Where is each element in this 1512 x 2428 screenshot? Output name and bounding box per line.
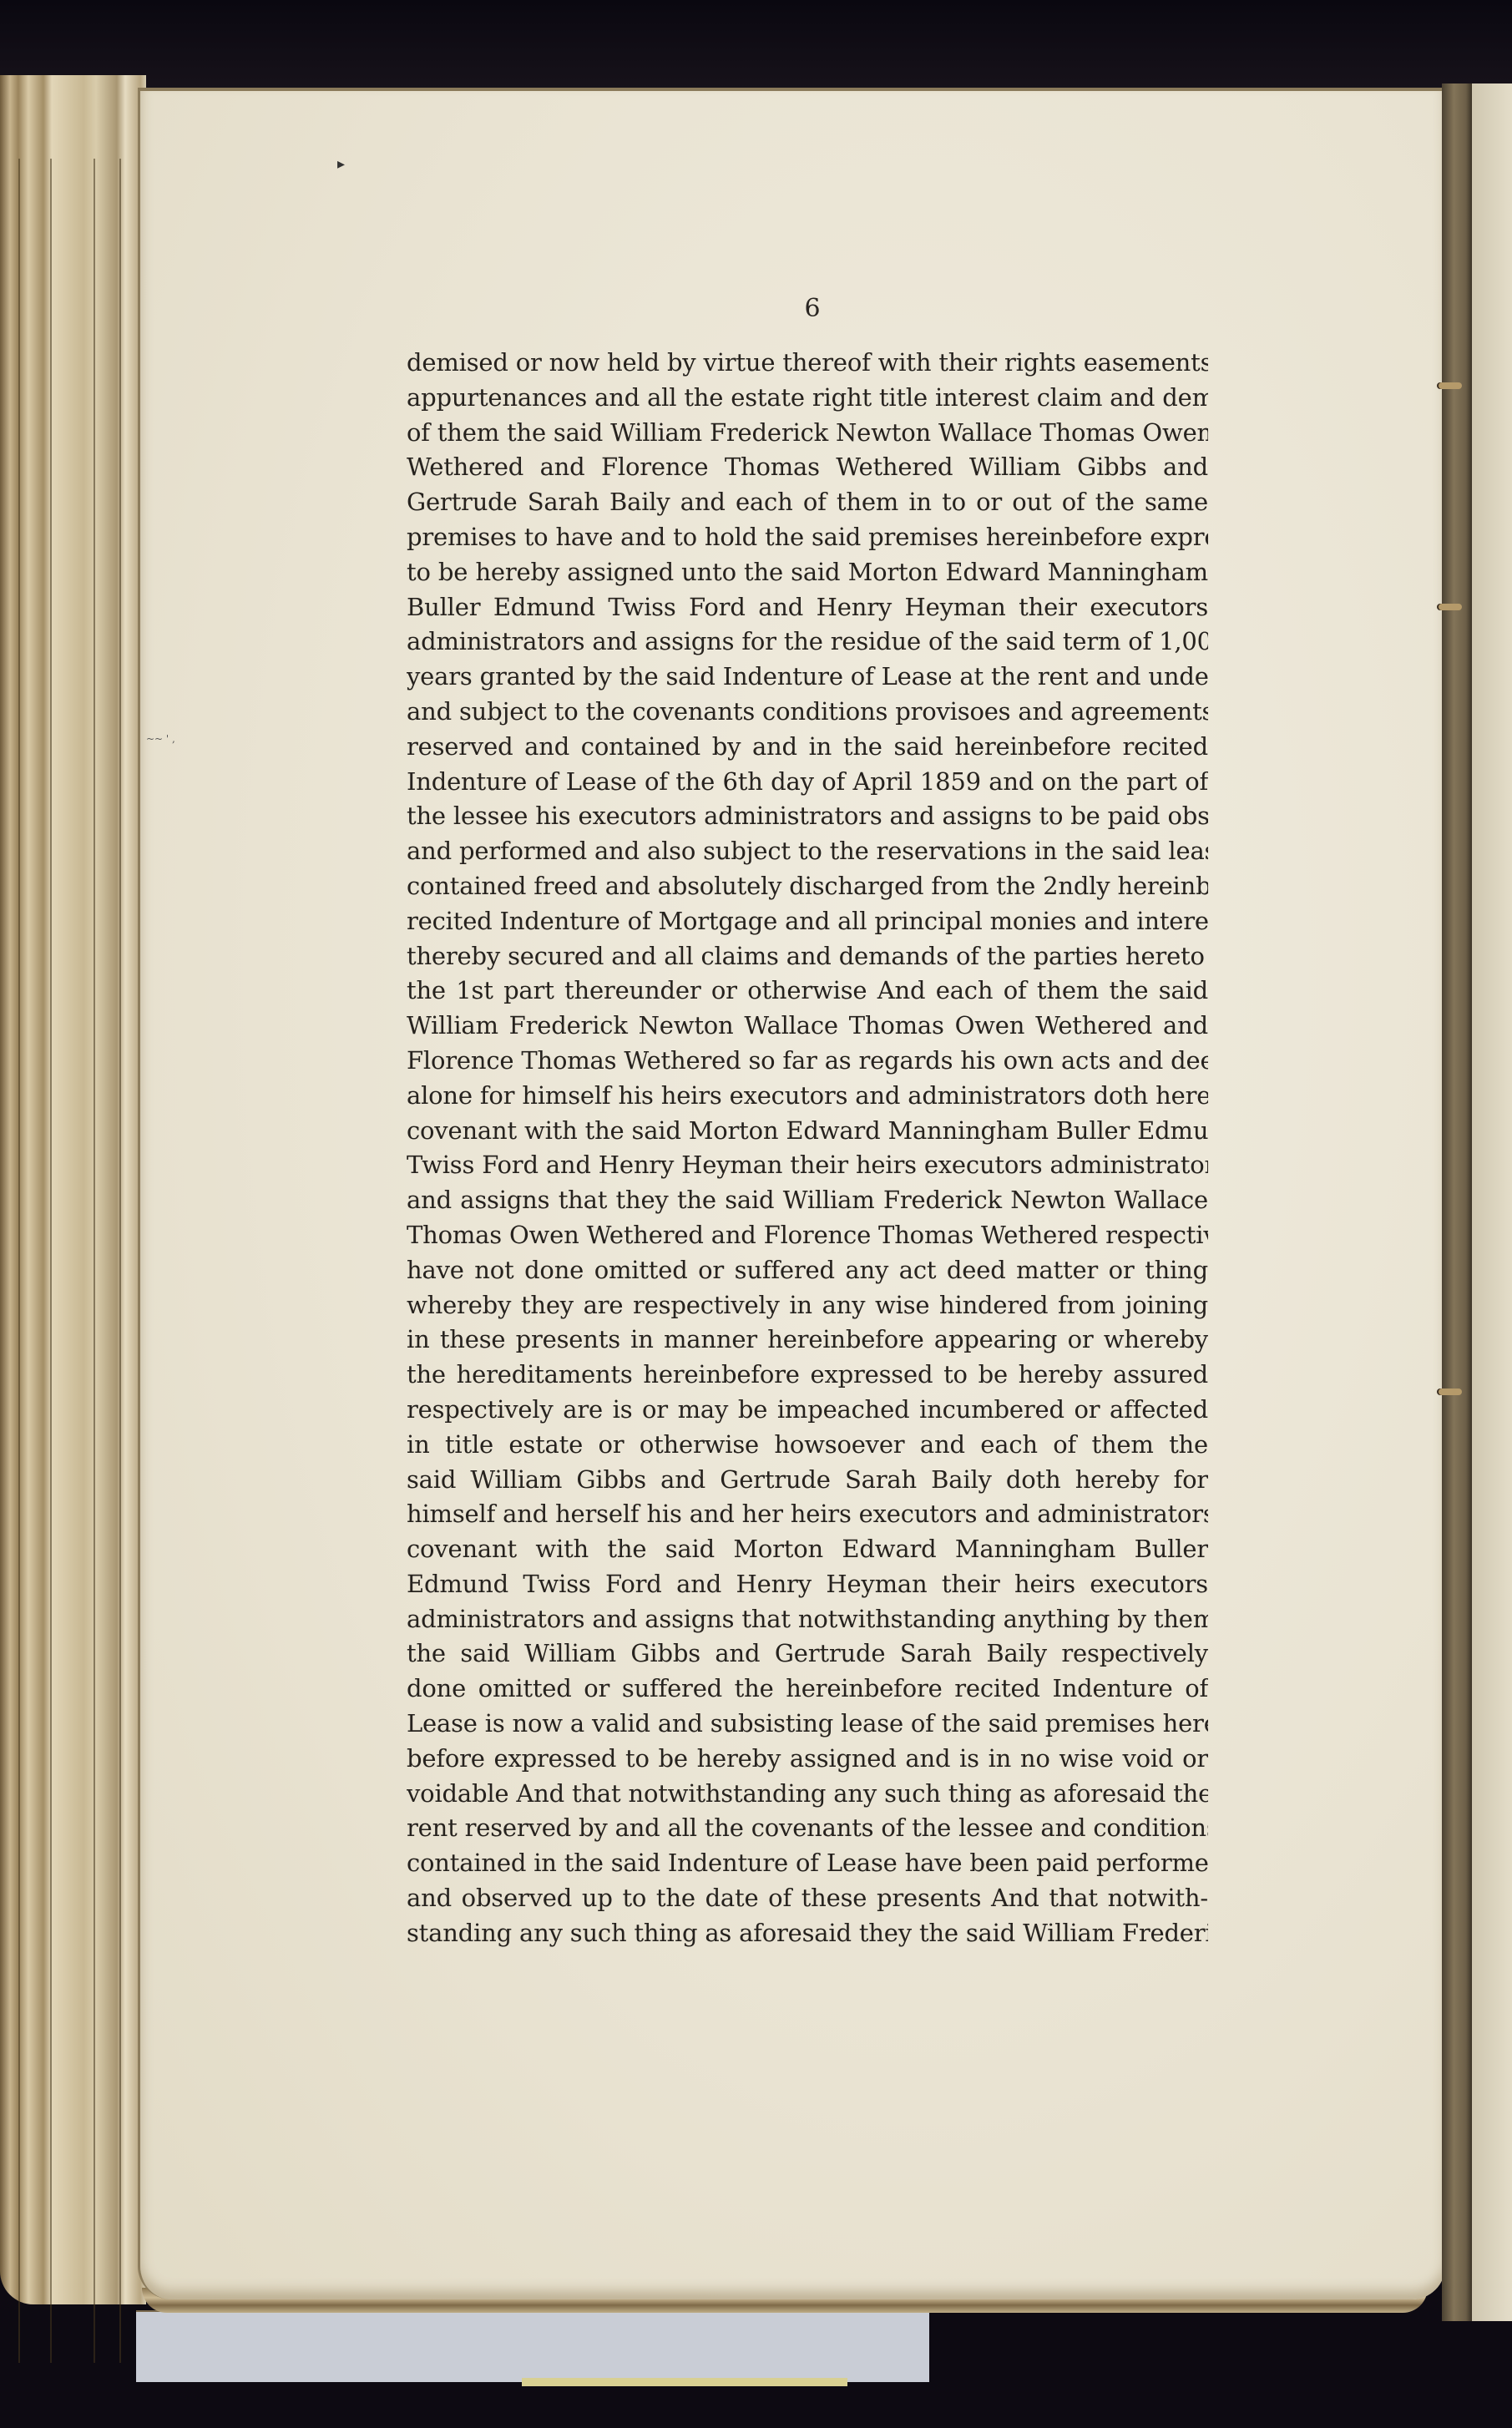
text-line: standing any such thing as aforesaid the… (407, 1916, 1208, 1951)
text-line: the 1st part thereunder or otherwise And… (407, 974, 1208, 1009)
text-line: Gertrude Sarah Baily and each of them in… (407, 485, 1208, 520)
text-line: Twiss Ford and Henry Heyman their heirs … (407, 1148, 1208, 1183)
paper-slip-yellow (522, 2378, 847, 2386)
text-line: before expressed to be hereby assigned a… (407, 1742, 1208, 1777)
page-edge-line (119, 159, 121, 2363)
dark-background-top (0, 0, 1512, 92)
text-line: done omitted or suffered the hereinbefor… (407, 1672, 1208, 1707)
binding-stitch-icon (1439, 380, 1464, 392)
text-line: whereby they are respectively in any wis… (407, 1288, 1208, 1323)
text-line: covenant with the said Morton Edward Man… (407, 1532, 1208, 1567)
text-line: thereby secured and all claims and deman… (407, 939, 1208, 974)
text-line: reserved and contained by and in the sai… (407, 730, 1208, 765)
text-line: administrators and assigns that notwiths… (407, 1602, 1208, 1637)
text-line: Thomas Owen Wethered and Florence Thomas… (407, 1218, 1208, 1253)
text-line: rent reserved by and all the covenants o… (407, 1811, 1208, 1846)
text-line: in these presents in manner hereinbefore… (407, 1323, 1208, 1358)
text-line: years granted by the said Indenture of L… (407, 660, 1208, 695)
text-line: recited Indenture of Mortgage and all pr… (407, 904, 1208, 939)
text-line: administrators and assigns for the resid… (407, 625, 1208, 660)
text-line: and observed up to the date of these pre… (407, 1881, 1208, 1916)
text-line: and subject to the covenants conditions … (407, 695, 1208, 730)
text-line: premises to have and to hold the said pr… (407, 520, 1208, 555)
text-line: William Frederick Newton Wallace Thomas … (407, 1009, 1208, 1044)
text-line: Wethered and Florence Thomas Wethered Wi… (407, 450, 1208, 485)
text-line: Florence Thomas Wethered so far as regar… (407, 1044, 1208, 1079)
next-page-edge (1472, 83, 1512, 2321)
text-line: and assigns that they the said William F… (407, 1183, 1208, 1218)
text-line: Edmund Twiss Ford and Henry Heyman their… (407, 1567, 1208, 1602)
document-body-text: demised or now held by virtue thereof wi… (407, 346, 1208, 1951)
text-line: Lease is now a valid and subsisting leas… (407, 1707, 1208, 1742)
margin-mark-icon: ~~ ' , (146, 733, 175, 745)
text-line: have not done omitted or suffered any ac… (407, 1253, 1208, 1288)
text-line: himself and herself his and her heirs ex… (407, 1497, 1208, 1532)
text-line: alone for himself his heirs executors an… (407, 1079, 1208, 1114)
paper-slip (136, 2310, 929, 2382)
text-line: said William Gibbs and Gertrude Sarah Ba… (407, 1463, 1208, 1498)
binding-stitch-icon (1439, 1386, 1464, 1398)
text-line: covenant with the said Morton Edward Man… (407, 1114, 1208, 1149)
text-line: contained in the said Indenture of Lease… (407, 1846, 1208, 1881)
text-line: in title estate or otherwise howsoever a… (407, 1428, 1208, 1463)
stacked-page-edges (0, 75, 146, 2304)
text-line: Indenture of Lease of the 6th day of Apr… (407, 765, 1208, 800)
text-line: the said William Gibbs and Gertrude Sara… (407, 1636, 1208, 1672)
text-line: Buller Edmund Twiss Ford and Henry Heyma… (407, 590, 1208, 625)
binding-stitch-icon (1439, 601, 1464, 613)
book-gutter (1442, 83, 1472, 2321)
ink-speck-icon: ▸ (337, 155, 345, 173)
text-line: contained freed and absolutely discharge… (407, 869, 1208, 904)
text-line: appurtenances and all the estate right t… (407, 381, 1208, 416)
text-line: of them the said William Frederick Newto… (407, 416, 1208, 451)
text-line: to be hereby assigned unto the said Mort… (407, 555, 1208, 590)
text-line: and performed and also subject to the re… (407, 834, 1208, 869)
page-edge-line (18, 159, 20, 2363)
text-line: demised or now held by virtue thereof wi… (407, 346, 1208, 381)
page-edge-line (50, 159, 52, 2363)
text-line: the hereditaments hereinbefore expressed… (407, 1358, 1208, 1393)
text-line: voidable And that notwithstanding any su… (407, 1777, 1208, 1812)
text-line: the lessee his executors administrators … (407, 799, 1208, 834)
page-number: 6 (800, 294, 825, 323)
text-line: respectively are is or may be impeached … (407, 1393, 1208, 1428)
page-edge-line (94, 159, 95, 2363)
